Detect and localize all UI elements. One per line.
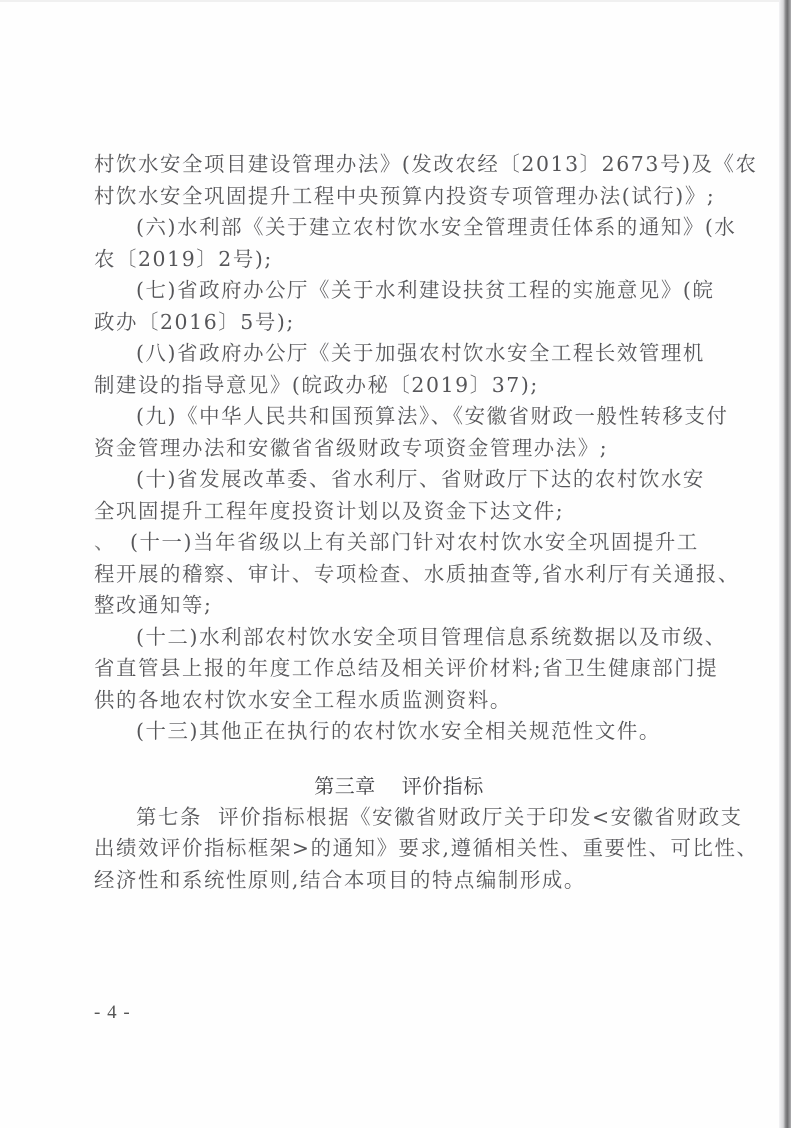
list-item-7: (七)省政府办公厅《关于水利建设扶贫工程的实施意见》(皖 — [94, 275, 704, 307]
text-line: 供的各地农村饮水安全工程水质监测资料。 — [94, 685, 704, 717]
text-line: 制建设的指导意见》(皖政办秘〔2019〕37); — [94, 370, 704, 402]
list-item-8: (八)省政府办公厅《关于加强农村饮水安全工程长效管理机 — [94, 338, 704, 370]
page-number: - 4 - — [94, 1002, 131, 1024]
text-line: 农〔2019〕2号); — [94, 244, 704, 276]
article-7-line: 第七条 评价指标根据《安徽省财政厅关于印发<安徽省财政支 — [94, 802, 704, 834]
text-line: 村饮水安全巩固提升工程中央预算内投资专项管理办法(试行)》; — [94, 181, 704, 213]
text-line: 省直管县上报的年度工作总结及相关评价材料;省卫生健康部门提 — [94, 653, 704, 685]
text-line: 资金管理办法和安徽省省级财政专项资金管理办法》; — [94, 433, 704, 465]
article-7-line: 经济性和系统性原则,结合本项目的特点编制形成。 — [94, 865, 704, 897]
document-body: 村饮水安全项目建设管理办法》(发改农经〔2013〕2673号)及《农 村饮水安全… — [94, 149, 704, 896]
list-item-10: (十)省发展改革委、省水利厅、省财政厅下达的农村饮水安 — [94, 464, 704, 496]
text-line: 全巩固提升工程年度投资计划以及资金下达文件; — [94, 496, 704, 528]
list-item-12: (十二)水利部农村饮水安全项目管理信息系统数据以及市级、 — [94, 622, 704, 654]
list-item-13: (十三)其他正在执行的农村饮水安全相关规范性文件。 — [94, 716, 704, 748]
chapter-number: 第三章 — [314, 774, 376, 798]
article-7-line: 出绩效评价指标框架>的通知》要求,遵循相关性、重要性、可比性、 — [94, 833, 704, 865]
text-line: 村饮水安全项目建设管理办法》(发改农经〔2013〕2673号)及《农 — [94, 149, 704, 181]
stray-scan-mark: 、 — [94, 527, 130, 559]
list-item-9: (九)《中华人民共和国预算法》、《安徽省财政一般性转移支付 — [94, 401, 704, 433]
document-page: 村饮水安全项目建设管理办法》(发改农经〔2013〕2673号)及《农 村饮水安全… — [0, 0, 779, 1128]
scan-top-edge — [0, 0, 779, 2]
text-line: 政办〔2016〕5号); — [94, 307, 704, 339]
chapter-title: 评价指标 — [402, 774, 484, 798]
text-line: 整改通知等; — [94, 590, 704, 622]
scan-shadow-edge — [779, 0, 791, 1128]
list-item-11-text: (十一)当年省级以上有关部门针对农村饮水安全巩固提升工 — [130, 530, 699, 554]
list-item-6: (六)水利部《关于建立农村饮水安全管理责任体系的通知》(水 — [94, 212, 704, 244]
list-item-11: 、(十一)当年省级以上有关部门针对农村饮水安全巩固提升工 — [94, 527, 704, 559]
chapter-heading: 第三章评价指标 — [94, 770, 704, 802]
text-line: 程开展的稽察、审计、专项检查、水质抽查等,省水利厅有关通报、 — [94, 559, 704, 591]
